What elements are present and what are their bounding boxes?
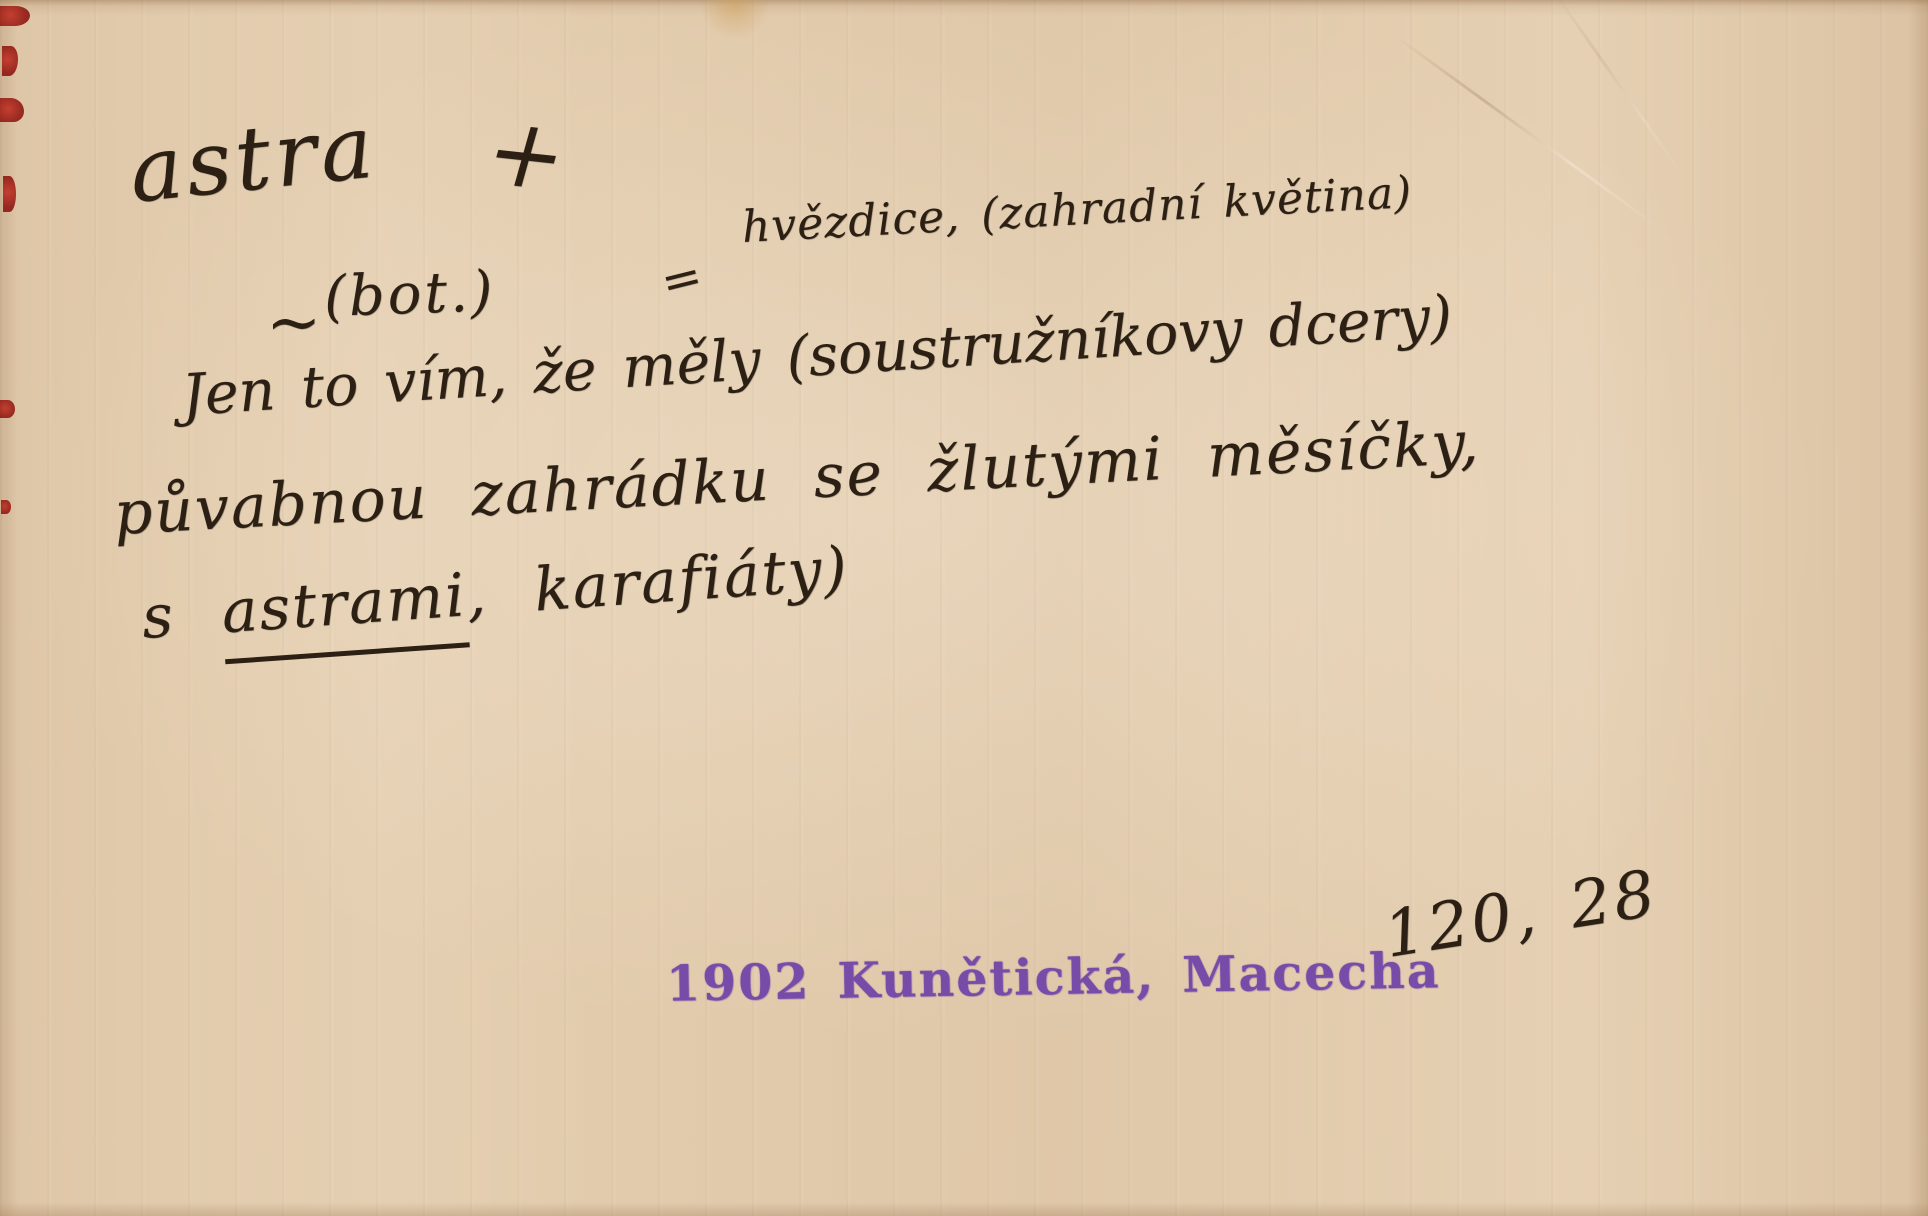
red-edge-mark (0, 400, 15, 418)
red-edge-mark (0, 98, 24, 122)
page-reference: 120, 28 (1380, 862, 1662, 968)
quote-line-3-prefix: s (140, 581, 178, 653)
red-edge-mark (3, 176, 16, 212)
paper-crease (1554, 0, 1688, 182)
red-edge-mark (0, 6, 30, 26)
botanical-qualifier: (bot.) (323, 264, 496, 326)
scanned-card: astra + ~ (bot.) = hvězdice, (zahradní k… (0, 0, 1928, 1216)
headword: astra (125, 102, 380, 215)
quote-line-3-suffix: , karafiáty) (464, 534, 851, 631)
repeat-tilde-mark: ~ (266, 290, 321, 356)
equals-sign: = (656, 251, 707, 307)
quote-underlined-word: astrami (219, 560, 470, 664)
definition-text: hvězdice, (zahradní květina) (741, 171, 1413, 250)
red-edge-mark (1, 500, 11, 514)
quote-line-3: s astrami, karafiáty) (140, 539, 851, 648)
paper-crease (1393, 34, 1662, 230)
red-edge-mark (2, 46, 18, 76)
quote-line-2: půvabnou zahrádku se žlutými měsíčky, (112, 412, 1481, 544)
source-stamp: 1902 Kunětická, Macecha (666, 941, 1441, 1013)
headword-cross-mark: + (475, 104, 578, 206)
